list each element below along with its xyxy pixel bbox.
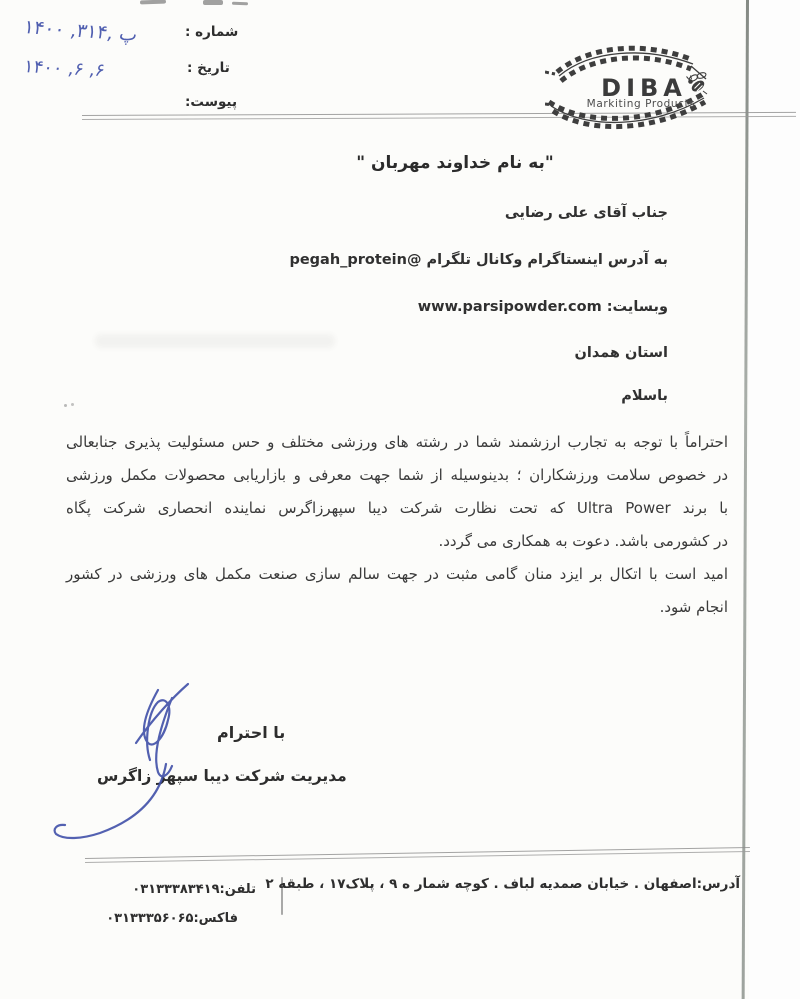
- scan-smudge: [95, 334, 335, 348]
- recipient-social-line: به آدرس اینستاگرام وکانال تلگرام @pegah_…: [289, 252, 668, 268]
- body-line: در کشورمی باشد. دعوت به همکاری می گردد.: [66, 525, 728, 558]
- recipient-province: استان همدان: [574, 345, 668, 361]
- body-line: امید است با اتکال بر ایزد منان گامی مثبت…: [66, 558, 728, 591]
- scan-speck: [71, 403, 74, 406]
- letter-date-label: تاریخ :: [187, 60, 230, 76]
- attachment-label: پیوست:: [185, 94, 237, 110]
- scan-background: [749, 0, 800, 999]
- logo-tagline-text: Markiting Products: [586, 98, 696, 110]
- footer-address: آدرس:اصفهان . خیابان صمدیه لباف . کوچه ش…: [265, 876, 740, 892]
- scanned-letter-page: شماره : ۱۴۰۰ ,پ ,۳۱۴ تاریخ : ۱۴۰۰ ,۶ ,۶ …: [0, 0, 800, 999]
- recipient-website-line: وبسایت: www.parsipowder.com: [418, 299, 668, 315]
- body-line: با برند Ultra Power که تحت نظارت شرکت دی…: [66, 492, 728, 525]
- letter-number-handwritten-value: ۱۴۰۰ ,پ ,۳۱۴: [22, 16, 139, 46]
- salutation: باسلام: [621, 388, 668, 404]
- scan-speck: [140, 0, 166, 4]
- scan-speck: [203, 0, 223, 5]
- bismillah-title: "به نام خداوند مهربان ": [110, 153, 800, 173]
- footer-phone: تلفن:۰۳۱۳۳۳۸۳۴۱۹: [132, 882, 256, 897]
- scan-speck: [232, 2, 248, 6]
- letter-number-label: شماره :: [185, 24, 238, 40]
- recipient-name: جناب آقای علی رضایی: [505, 205, 668, 221]
- body-line: احتراماً با توجه به تجارب ارزشمند شما در…: [66, 426, 728, 459]
- handwritten-signature: [40, 668, 420, 868]
- letter-date-handwritten-value: ۱۴۰۰ ,۶ ,۶: [22, 56, 106, 81]
- body-line: در خصوص سلامت ورزشکاران ؛ بدینوسیله از ش…: [66, 459, 728, 492]
- scan-speck: [64, 404, 67, 407]
- footer-fax: فاکس:۰۳۱۳۳۳۵۶۰۶۵: [106, 911, 238, 926]
- letter-body: احتراماً با توجه به تجارب ارزشمند شما در…: [66, 426, 728, 624]
- body-line: انجام شود.: [66, 591, 728, 624]
